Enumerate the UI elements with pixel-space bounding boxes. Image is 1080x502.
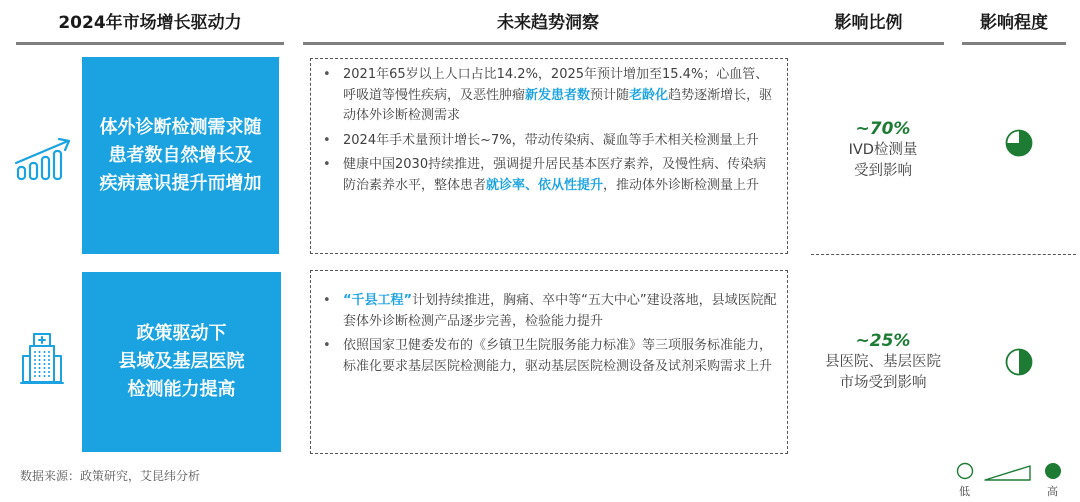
bullet-dot: • xyxy=(321,155,343,196)
header-ratio-label: 影响比例 xyxy=(835,13,903,33)
impact-desc: 县医院、基层医院 xyxy=(793,352,973,373)
driver-line: 县域及基层医院 xyxy=(119,348,245,376)
impact-ratio-patient-growth: ~70% IVD检测量 受到影响 xyxy=(793,118,973,182)
impact-ratio-policy: ~25% 县医院、基层医院 市场受到影响 xyxy=(793,330,973,394)
driver-box-policy: 政策驱动下 县域及基层医院 检测能力提高 xyxy=(82,272,281,452)
legend-low-label: 低 xyxy=(959,483,970,499)
impact-desc: IVD检测量 xyxy=(793,140,973,161)
header-degree: 影响程度 xyxy=(962,8,1066,33)
legend-high-label: 高 xyxy=(1047,483,1058,499)
insight-bullet: • 健康中国2030持续推进，强调提升居民基本医疗素养，及慢性病、传染病防治素养… xyxy=(321,155,777,196)
insight-box-policy: • “千县工程”计划持续推进，胸痛、卒中等“五大中心”建设落地，县域医院配套体外… xyxy=(310,270,788,454)
driver-box-patient-growth: 体外诊断检测需求随 患者数自然增长及 疾病意识提升而增加 xyxy=(82,57,279,254)
data-source: 数据来源：政策研究，艾昆纬分析 xyxy=(20,467,200,484)
insight-bullet: • “千县工程”计划持续推进，胸痛、卒中等“五大中心”建设落地，县域医院配套体外… xyxy=(321,291,777,332)
header-ratio: 影响比例 xyxy=(793,8,944,33)
driver-line: 疾病意识提升而增加 xyxy=(100,170,262,198)
insight-bullet: • 2024年手术量预计增长~7%，带动传染病、凝血等手术相关检测量上升 xyxy=(321,131,777,152)
three-quarter-pie-icon xyxy=(1005,129,1033,157)
driver-line: 检测能力提高 xyxy=(119,376,245,404)
insight-box-patient-growth: • 2021年65岁以上人口占比14.2%，2025年预计增加至15.4%；心血… xyxy=(310,58,788,254)
header-insights-rule xyxy=(303,42,793,45)
row-divider xyxy=(811,254,1076,255)
header-degree-rule xyxy=(962,42,1066,45)
bullet-dot: • xyxy=(321,336,343,377)
impact-percent: ~25% xyxy=(793,330,973,352)
header-drivers-rule xyxy=(16,42,284,45)
header-degree-label: 影响程度 xyxy=(980,13,1048,33)
header-insights: 未来趋势洞察 xyxy=(303,8,793,33)
impact-desc: 受到影响 xyxy=(793,161,973,182)
hospital-building-icon xyxy=(20,332,64,386)
header-drivers-label: 2024年市场增长驱动力 xyxy=(58,13,241,33)
bullet-dot: • xyxy=(321,65,343,127)
driver-line: 政策驱动下 xyxy=(119,320,245,348)
insight-bullet: • 依照国家卫健委发布的《乡镇卫生院服务能力标准》等三项服务标准能力，标准化要求… xyxy=(321,336,777,377)
header-ratio-rule xyxy=(793,42,944,45)
header-drivers: 2024年市场增长驱动力 xyxy=(16,8,284,33)
growth-chart-icon xyxy=(12,135,74,185)
half-pie-icon xyxy=(1005,348,1033,376)
driver-line: 患者数自然增长及 xyxy=(100,142,262,170)
driver-line: 体外诊断检测需求随 xyxy=(100,114,262,142)
legend-low-circle-icon xyxy=(956,462,974,480)
legend-ramp-icon xyxy=(984,464,1032,482)
degree-legend: 低 高 xyxy=(950,460,1070,500)
header-insights-label: 未来趋势洞察 xyxy=(497,13,599,33)
legend-high-circle-icon xyxy=(1044,462,1062,480)
bullet-dot: • xyxy=(321,291,343,332)
impact-percent: ~70% xyxy=(793,118,973,140)
impact-desc: 市场受到影响 xyxy=(793,373,973,394)
insight-bullet: • 2021年65岁以上人口占比14.2%，2025年预计增加至15.4%；心血… xyxy=(321,65,777,127)
bullet-dot: • xyxy=(321,131,343,152)
